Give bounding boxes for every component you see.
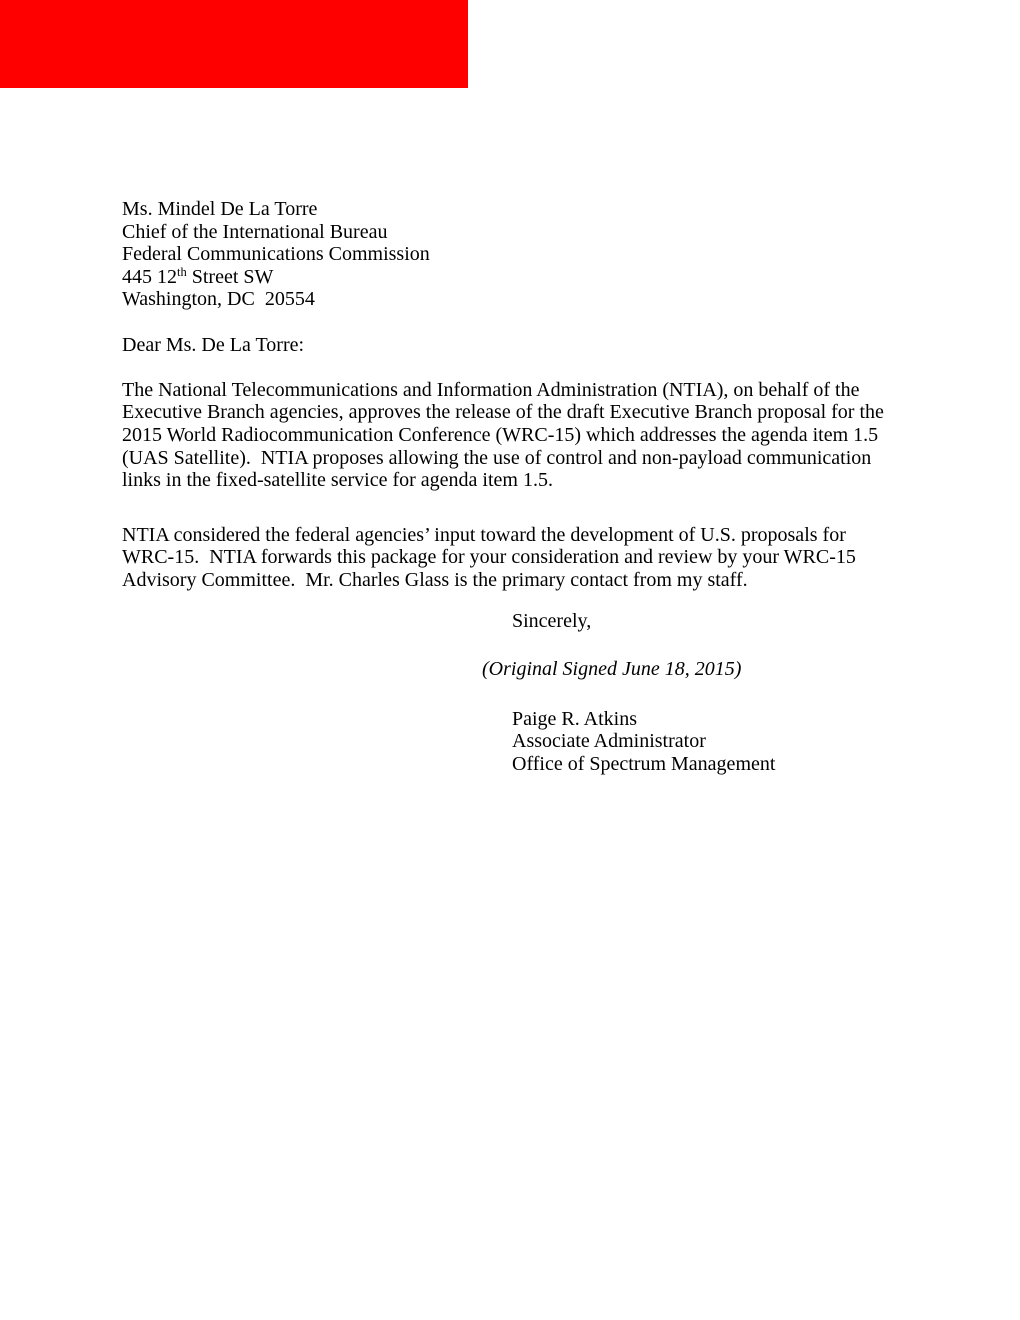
street-number: 445 12	[122, 266, 177, 288]
paragraph1-line: (UAS Satellite). NTIA proposes allowing …	[122, 447, 912, 470]
recipient-name: Ms. Mindel De La Torre	[122, 198, 912, 221]
signer-office: Office of Spectrum Management	[512, 753, 912, 776]
paragraph1-line: links in the fixed-satellite service for…	[122, 469, 912, 492]
spacer	[122, 592, 912, 610]
paragraph1-line: Executive Branch agencies, approves the …	[122, 401, 912, 424]
original-signed-note: (Original Signed June 18, 2015)	[482, 658, 912, 681]
spacer	[122, 311, 912, 334]
recipient-title: Chief of the International Bureau	[122, 221, 912, 244]
letterhead-image-placeholder	[0, 0, 468, 88]
salutation: Dear Ms. De La Torre:	[122, 334, 912, 357]
spacer	[122, 356, 912, 379]
signer-title: Associate Administrator	[512, 730, 912, 753]
valediction: Sincerely,	[512, 610, 912, 633]
spacer	[122, 492, 912, 524]
paragraph1-line: 2015 World Radiocommunication Conference…	[122, 424, 912, 447]
signer-name: Paige R. Atkins	[512, 708, 912, 731]
spacer	[122, 632, 912, 655]
recipient-org: Federal Communications Commission	[122, 243, 912, 266]
street-name: Street SW	[187, 266, 274, 288]
recipient-city: Washington, DC 20554	[122, 288, 912, 311]
recipient-street: 445 12th Street SW	[122, 266, 912, 289]
paragraph2-line: WRC-15. NTIA forwards this package for y…	[122, 546, 912, 569]
paragraph1-line: The National Telecommunications and Info…	[122, 379, 912, 402]
spacer	[122, 680, 912, 703]
letter-page: Ms. Mindel De La Torre Chief of the Inte…	[0, 0, 1020, 1320]
letter-body: Ms. Mindel De La Torre Chief of the Inte…	[122, 198, 912, 776]
paragraph2-line: Advisory Committee. Mr. Charles Glass is…	[122, 569, 912, 592]
paragraph2-line: NTIA considered the federal agencies’ in…	[122, 524, 912, 547]
street-ordinal-suffix: th	[177, 265, 187, 279]
